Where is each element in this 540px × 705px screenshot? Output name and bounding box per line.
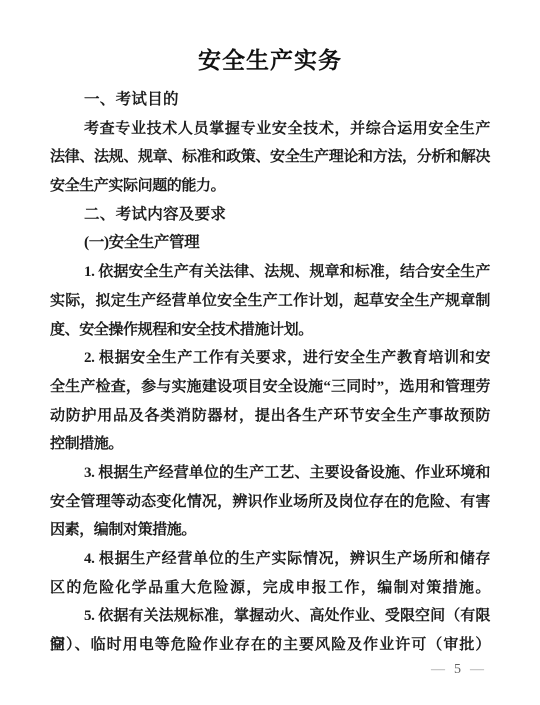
para-item2-line-2: 全生产检查，参与实施建设项目安全设施“三同时”，选用和管理劳 [50, 373, 490, 402]
para-item4-line-1: 4. 根据生产经营单位的生产实际情况，辨识生产场所和储存 [50, 545, 490, 574]
para-item3-line-3: 因素，编制对策措施。 [50, 516, 490, 545]
para-purpose-line-2: 法律、法规、规章、标准和政策、安全生产理论和方法，分析和解决 [50, 143, 490, 172]
page-number-dash-left: — [431, 662, 445, 677]
page-number-value: 5 [454, 662, 461, 677]
para-item1-line-3: 度、安全操作规程和安全技术措施计划。 [50, 316, 490, 345]
document-page: 安全生产实务 一、考试目的 考查专业技术人员掌握专业安全技术，并综合运用安全生产… [0, 0, 540, 705]
para-item2-line-1: 2. 根据安全生产工作有关要求，进行安全生产教育培训和安 [50, 344, 490, 373]
page-number-dash-right: — [470, 662, 484, 677]
content-area: 一、考试目的 考查专业技术人员掌握专业安全技术，并综合运用安全生产 法律、法规、… [50, 86, 490, 660]
para-item2-line-4: 控制措施。 [50, 430, 490, 459]
para-item2-line-3: 动防护用品及各类消防器材，提出各生产环节安全生产事故预防 [50, 402, 490, 431]
page-title: 安全生产实务 [0, 42, 540, 75]
subheading-safety-management: (一)安全生产管理 [50, 229, 490, 258]
para-item4-line-2: 区的危险化学品重大危险源，完成申报工作，编制对策措施。 [50, 574, 490, 603]
page-number: —5— [431, 661, 484, 679]
para-item3-line-1: 3. 根据生产经营单位的生产工艺、主要设备设施、作业环境和 [50, 459, 490, 488]
para-item1-line-1: 1. 依据安全生产有关法律、法规、规章和标准，结合安全生产 [50, 258, 490, 287]
para-item5-line-2: 间）、临时用电等危险作业存在的主要风险及作业许可（审批） [50, 631, 490, 660]
para-item3-line-2: 安全管理等动态变化情况，辨识作业场所及岗位存在的危险、有害 [50, 488, 490, 517]
para-item1-line-2: 实际，拟定生产经营单位安全生产工作计划，起草安全生产规章制 [50, 287, 490, 316]
para-purpose-line-3: 安全生产实际问题的能力。 [50, 172, 490, 201]
para-item5-line-1: 5. 依据有关法规标准，掌握动火、高处作业、受限空间（有限空 [50, 602, 490, 631]
para-purpose-line-1: 考查专业技术人员掌握专业安全技术，并综合运用安全生产 [50, 115, 490, 144]
heading-exam-purpose: 一、考试目的 [50, 86, 490, 115]
heading-exam-content: 二、考试内容及要求 [50, 201, 490, 230]
